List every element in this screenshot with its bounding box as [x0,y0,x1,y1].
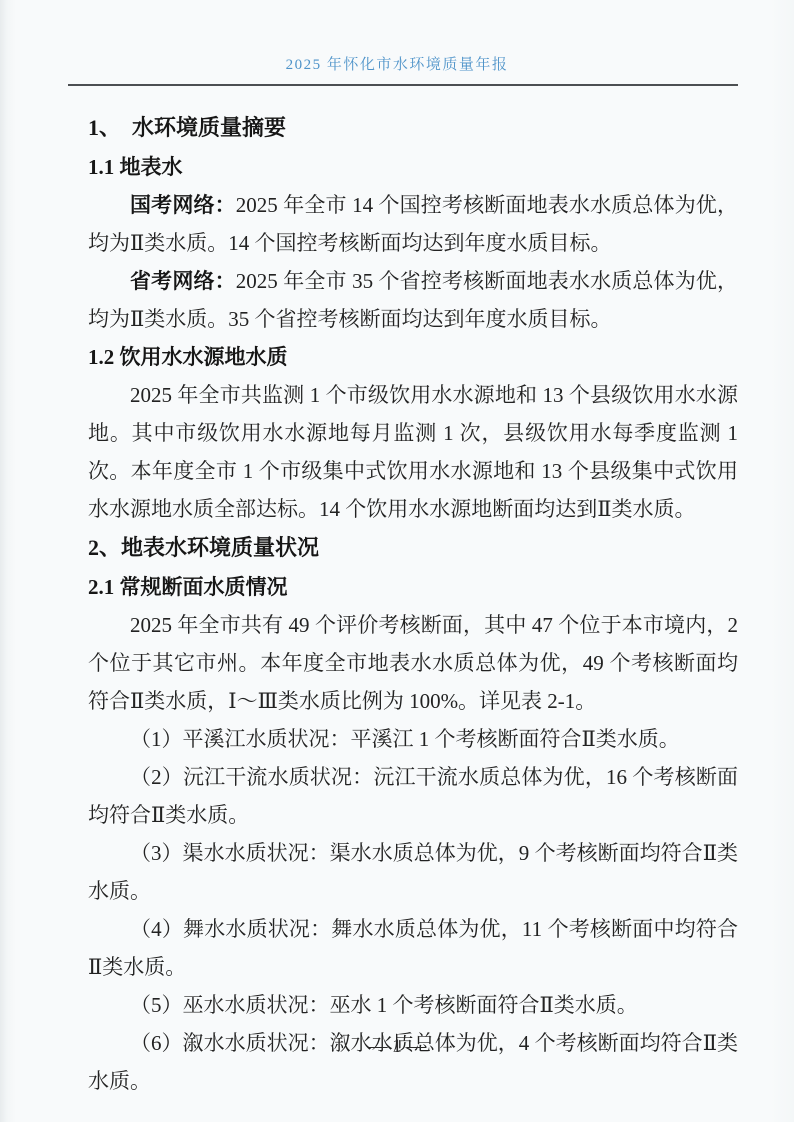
paragraph-provincial-network: 省考网络：2025 年全市 35 个省控考核断面地表水水质总体为优，均为Ⅱ类水质… [88,262,738,338]
page-number: — 1 — [369,1036,426,1057]
paragraph-river-5-wushui-shaman: （5）巫水水质状况：巫水 1 个考核断面符合Ⅱ类水质。 [88,986,738,1024]
report-title: 2025 年怀化市水环境质量年报 [0,54,794,76]
section-1-1-heading: 1.1 地表水 [88,148,738,186]
paragraph-river-3-qushui: （3）渠水水质状况：渠水水质总体为优，9 个考核断面均符合Ⅱ类水质。 [88,834,738,910]
section-2-heading: 2、地表水环境质量状况 [88,528,738,568]
page-footer: — 1 — [0,1036,794,1058]
paragraph-drinking-water: 2025 年全市共监测 1 个市级饮用水水源地和 13 个县级饮用水水源地。其中… [88,376,738,528]
paragraph-provincial-network-lead: 省考网络： [130,269,236,293]
section-2-1-heading: 2.1 常规断面水质情况 [88,568,738,606]
paragraph-river-2-yuanjiang: （2）沅江干流水质状况：沅江干流水质总体为优，16 个考核断面均符合Ⅱ类水质。 [88,758,738,834]
section-1-heading: 1、 水环境质量摘要 [88,108,738,148]
paragraph-river-4-wushui-dance: （4）舞水水质状况：舞水水质总体为优，11 个考核断面中均符合Ⅱ类水质。 [88,910,738,986]
page-header: 2025 年怀化市水环境质量年报 [0,0,794,86]
paragraph-national-network: 国考网络：2025 年全市 14 个国控考核断面地表水水质总体为优，均为Ⅱ类水质… [88,186,738,262]
header-divider [68,84,738,86]
paragraph-river-1-pingxijiang: （1）平溪江水质状况：平溪江 1 个考核断面符合Ⅱ类水质。 [88,720,738,758]
document-page: 2025 年怀化市水环境质量年报 1、 水环境质量摘要 1.1 地表水 国考网络… [0,0,794,1122]
paragraph-assessment-sections: 2025 年全市共有 49 个评价考核断面，其中 47 个位于本市境内，2 个位… [88,606,738,720]
section-1-2-heading: 1.2 饮用水水源地水质 [88,338,738,376]
paragraph-national-network-lead: 国考网络： [130,193,236,217]
document-body: 1、 水环境质量摘要 1.1 地表水 国考网络：2025 年全市 14 个国控考… [0,108,794,1100]
